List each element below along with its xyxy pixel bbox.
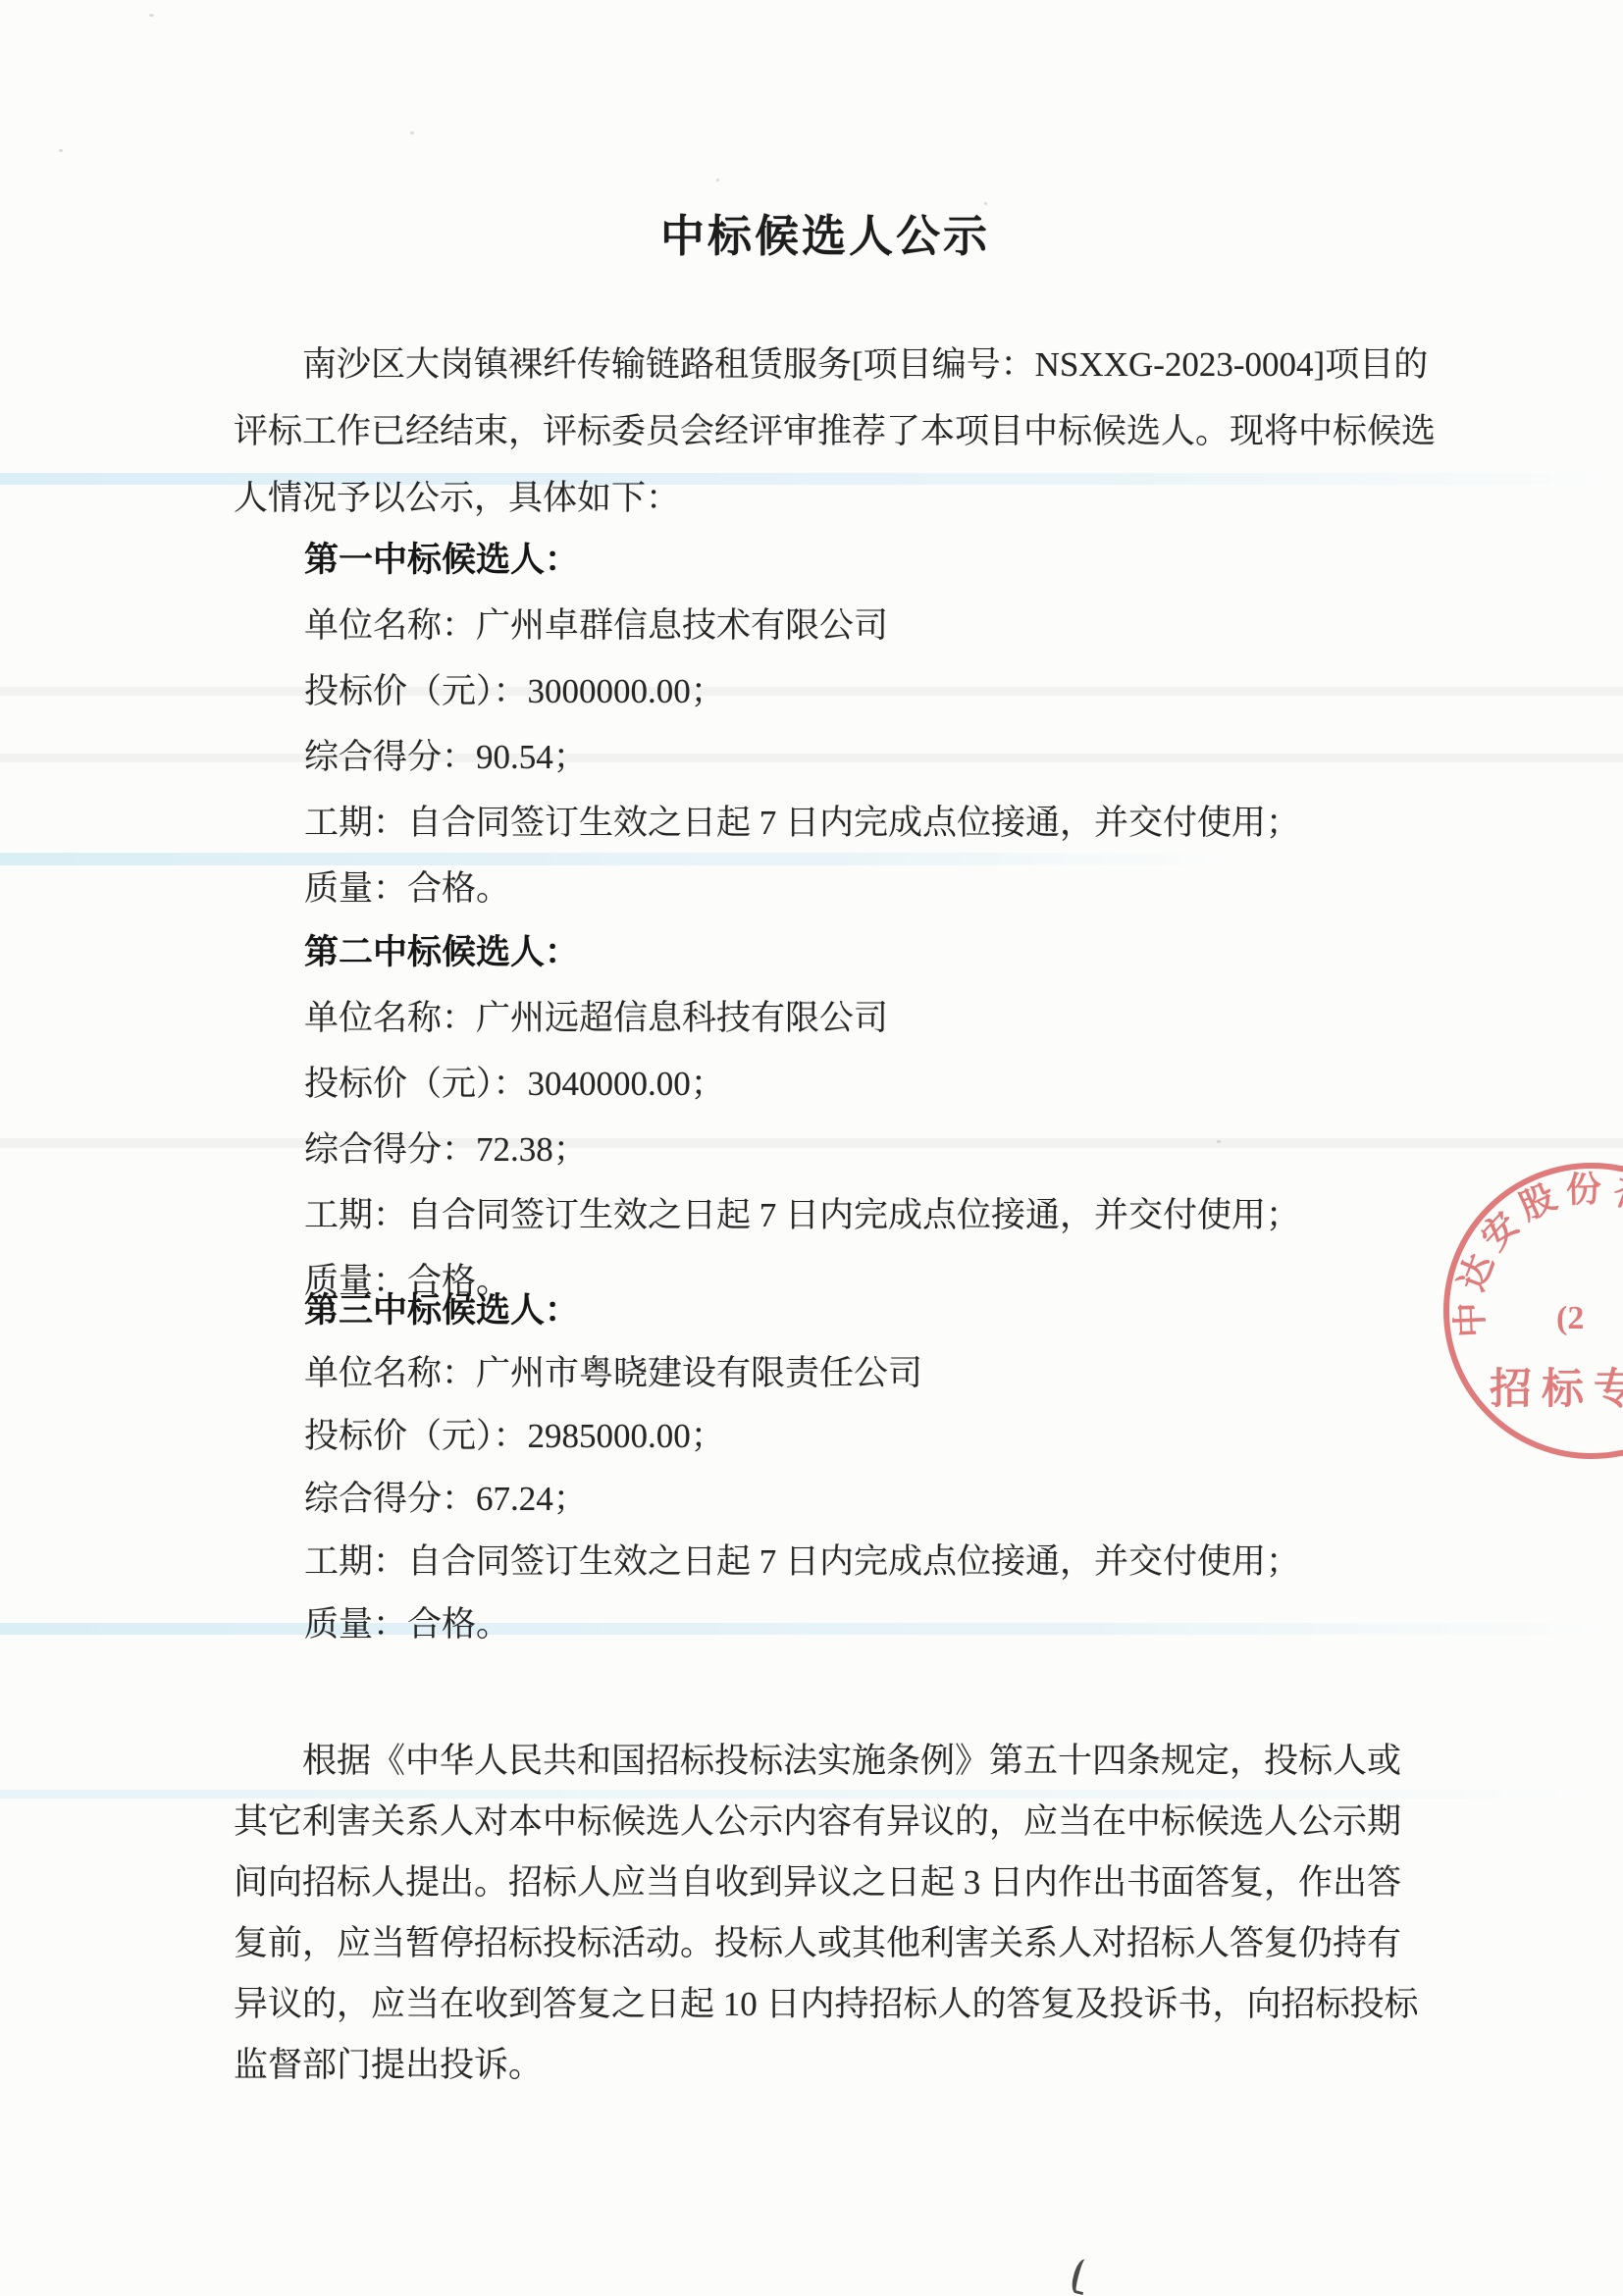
candidate-2-bid-price: 投标价（元）：3040000.00； xyxy=(234,1051,1450,1117)
closing-paragraph: 根据《中华人民共和国招标投标法实施条例》第五十四条规定，投标人或 其它利害关系人… xyxy=(234,1731,1450,2096)
candidate-2-score: 综合得分：72.38； xyxy=(234,1117,1450,1182)
closing-line-3: 间向招标人提出。招标人应当自收到异议之日起 3 日内作出书面答复，作出答 xyxy=(234,1852,1450,1913)
candidate-3-bid-price: 投标价（元）：2985000.00； xyxy=(234,1405,1450,1468)
seal-label: 招标专用章 xyxy=(1490,1365,1623,1413)
seal-code: (2 xyxy=(1556,1300,1584,1336)
scan-speck xyxy=(410,131,414,134)
closing-line-6: 监督部门提出投诉。 xyxy=(234,2035,1450,2096)
svg-text:中达安股份有限公司: 中达安股份有限公司 xyxy=(1374,1109,1623,1338)
intro-paragraph: 南沙区大岗镇裸纤传输链路租赁服务[项目编号：NSXXG-2023-0004]项目… xyxy=(234,332,1450,532)
candidate-3-duration: 工期：自合同签订生效之日起 7 日内完成点位接通，并交付使用； xyxy=(234,1531,1450,1593)
candidate-3-score: 综合得分：67.24； xyxy=(234,1468,1450,1531)
candidate-3-heading: 第三中标候选人： xyxy=(234,1279,1450,1342)
candidate-2-heading: 第二中标候选人： xyxy=(234,919,1450,985)
closing-line-2: 其它利害关系人对本中标候选人公示内容有异议的，应当在中标候选人公示期 xyxy=(234,1792,1450,1852)
candidate-2-duration: 工期：自合同签订生效之日起 7 日内完成点位接通，并交付使用； xyxy=(234,1182,1450,1248)
candidate-2-company: 单位名称：广州远超信息科技有限公司 xyxy=(234,985,1450,1051)
candidate-section-third: 第三中标候选人： 单位名称：广州市粤晓建设有限责任公司 投标价（元）：29850… xyxy=(234,1279,1450,1656)
candidate-1-heading: 第一中标候选人： xyxy=(234,527,1450,593)
candidate-1-score: 综合得分：90.54； xyxy=(234,724,1450,790)
seal-group: 中达安股份有限公司 (2 招标专用章 xyxy=(1374,1109,1623,1456)
scan-speck xyxy=(149,14,154,17)
seal-company-name: 中达安股份有限公司 xyxy=(1374,1109,1623,1338)
closing-line-1: 根据《中华人民共和国招标投标法实施条例》第五十四条规定，投标人或 xyxy=(234,1731,1450,1792)
candidate-section-first: 第一中标候选人： 单位名称：广州卓群信息技术有限公司 投标价（元）：300000… xyxy=(234,527,1450,921)
intro-line-1: 南沙区大岗镇裸纤传输链路租赁服务[项目编号：NSXXG-2023-0004]项目… xyxy=(234,332,1450,398)
intro-line-2: 评标工作已经结束，评标委员会经评审推荐了本项目中标候选人。现将中标候选 xyxy=(234,398,1450,465)
candidate-section-second: 第二中标候选人： 单位名称：广州远超信息科技有限公司 投标价（元）：304000… xyxy=(234,919,1450,1314)
candidate-1-duration: 工期：自合同签订生效之日起 7 日内完成点位接通，并交付使用； xyxy=(234,790,1450,856)
candidate-1-bid-price: 投标价（元）：3000000.00； xyxy=(234,658,1450,724)
candidate-1-company: 单位名称：广州卓群信息技术有限公司 xyxy=(234,593,1450,658)
scan-speck xyxy=(59,149,63,152)
company-seal: 中达安股份有限公司 (2 招标专用章 xyxy=(1374,1109,1623,1521)
candidate-3-company: 单位名称：广州市粤晓建设有限责任公司 xyxy=(234,1342,1450,1405)
candidate-1-quality: 质量：合格。 xyxy=(234,856,1450,921)
scan-speck xyxy=(716,179,719,182)
intro-line-3: 人情况予以公示，具体如下： xyxy=(234,465,1450,532)
scanned-document-page: 中标候选人公示 南沙区大岗镇裸纤传输链路租赁服务[项目编号：NSXXG-2023… xyxy=(0,0,1623,2296)
closing-line-5: 异议的，应当在收到答复之日起 10 日内持招标人的答复及投诉书，向招标投标 xyxy=(234,1974,1450,2035)
candidate-3-quality: 质量：合格。 xyxy=(234,1593,1450,1656)
page-title: 中标候选人公示 xyxy=(0,200,1623,264)
closing-line-4: 复前，应当暂停招标投标活动。投标人或其他利害关系人对招标人答复仍持有 xyxy=(234,1913,1450,1974)
ink-mark xyxy=(1070,2258,1091,2295)
